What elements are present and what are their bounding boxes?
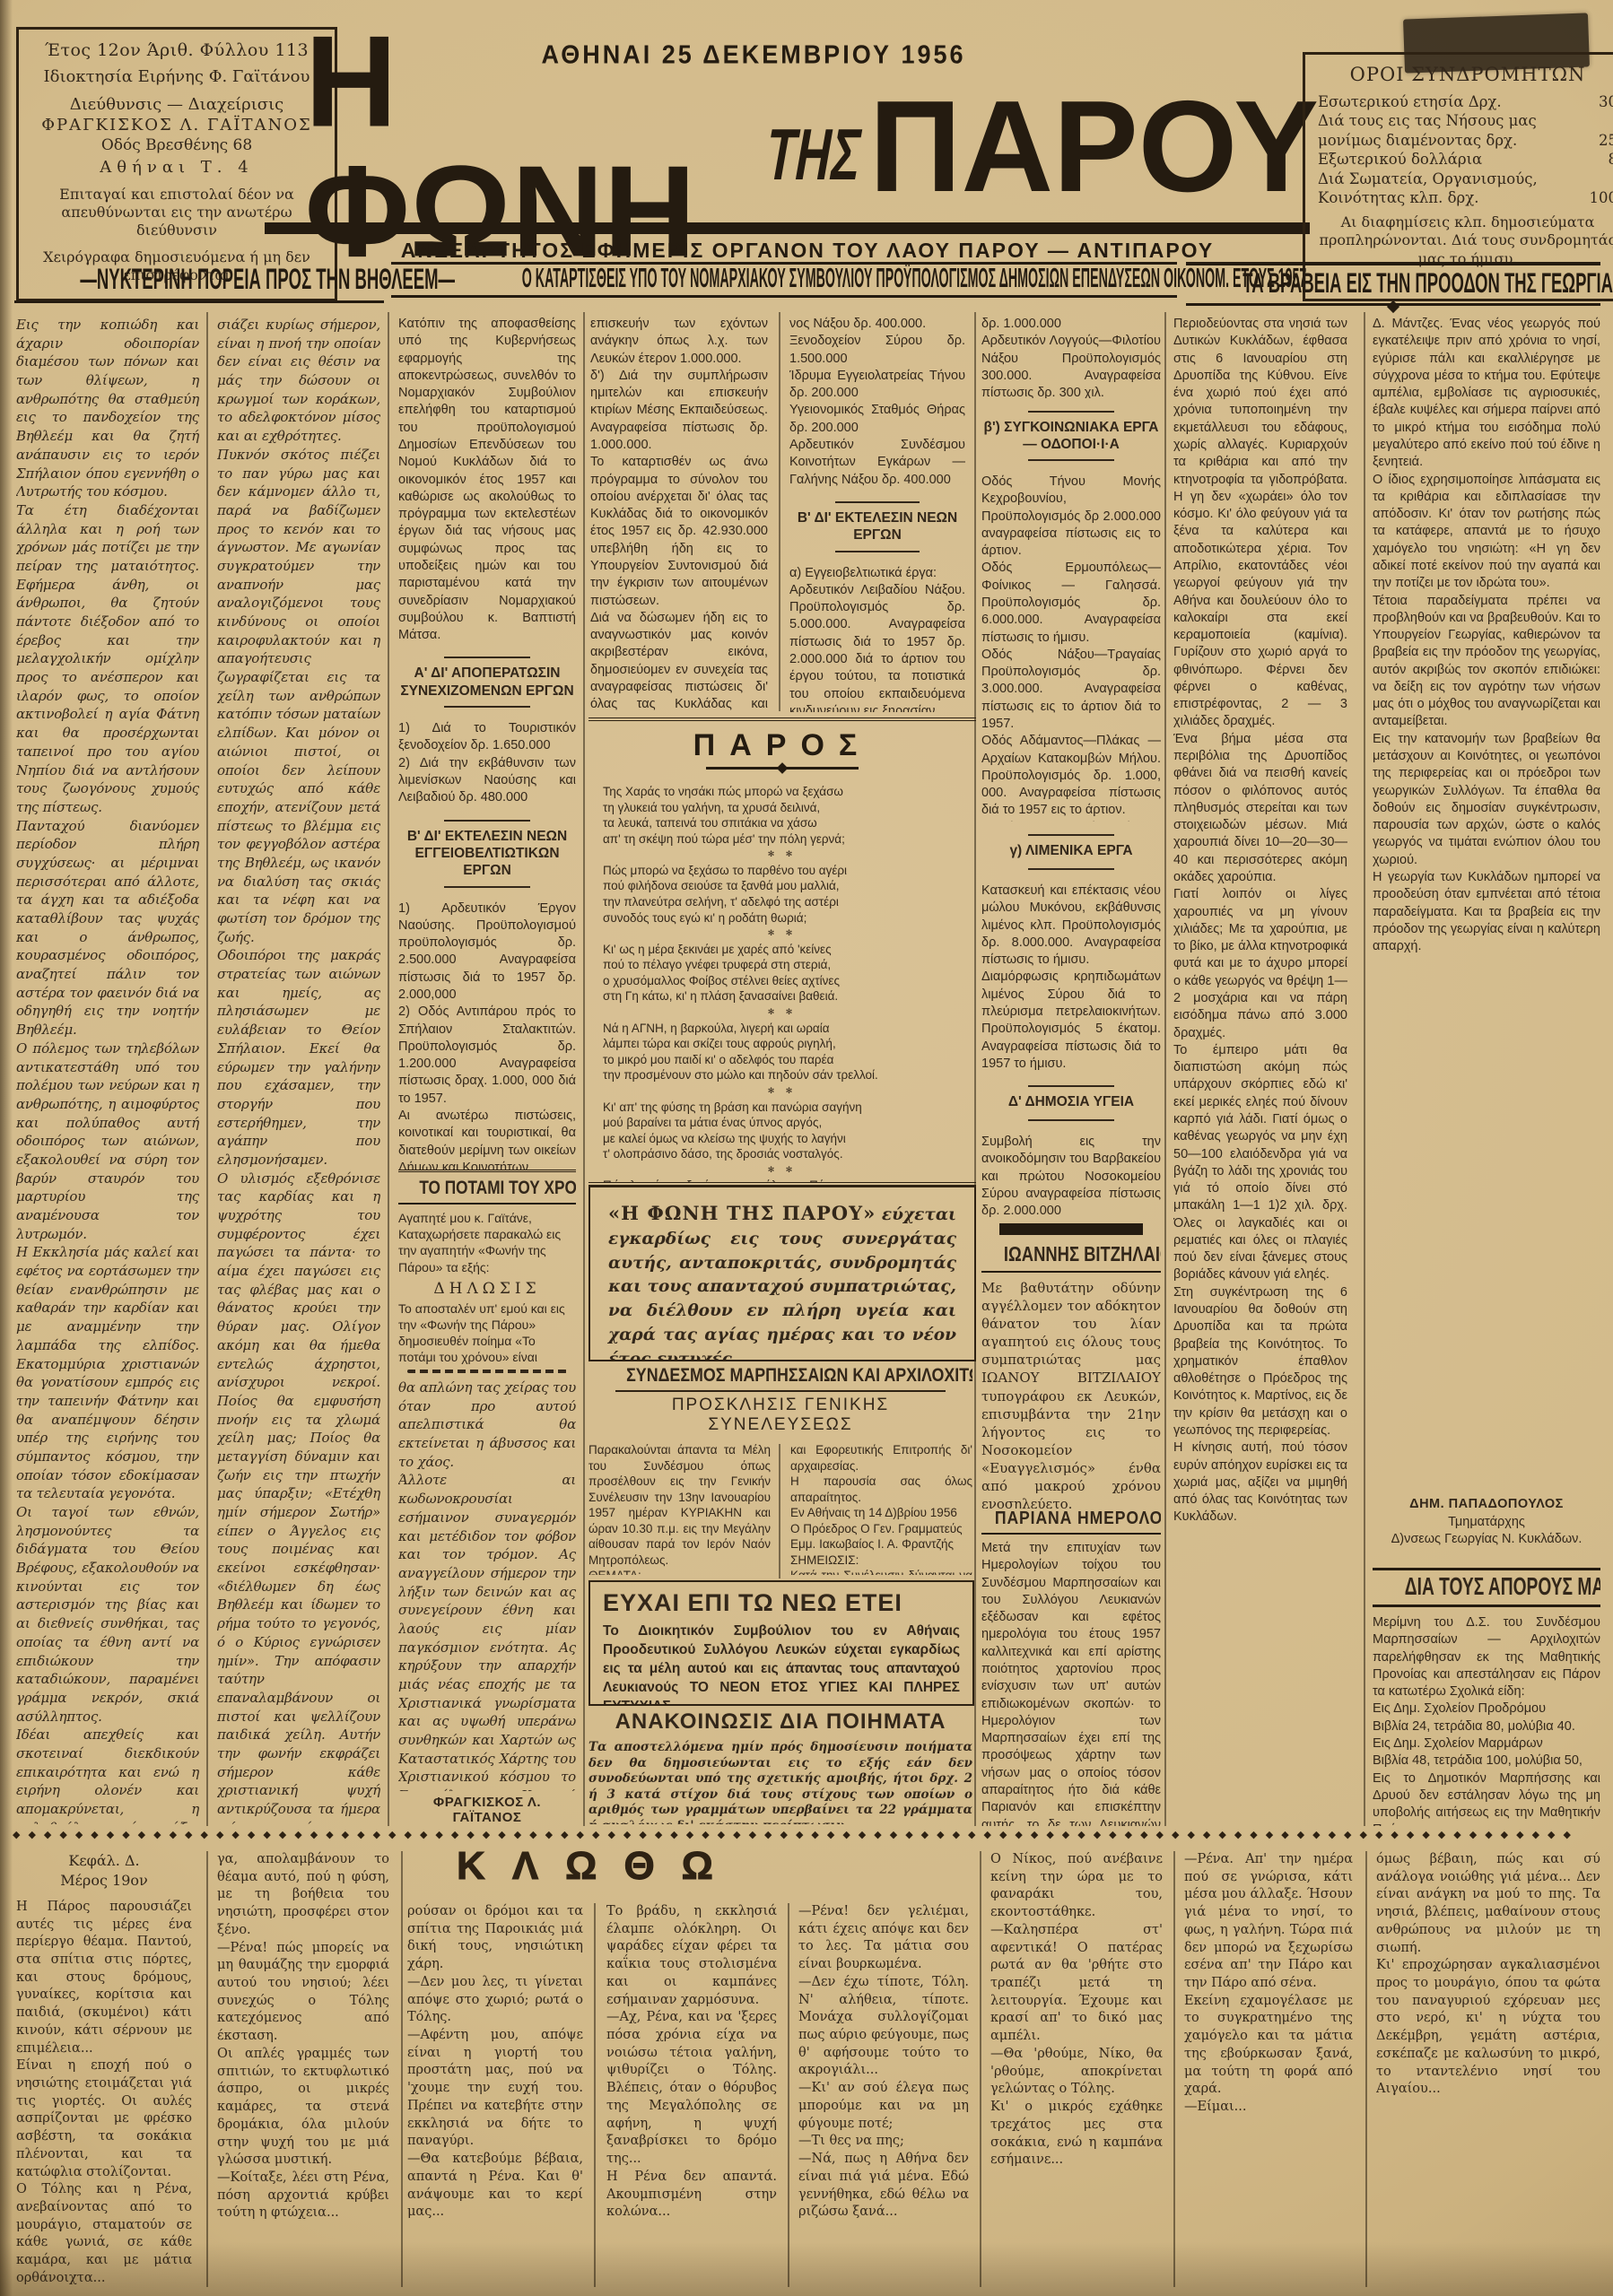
obituary-text: Με βαθυτάτην οδύνην αγγέλλομεν τον αδόκη… (981, 1279, 1161, 1509)
calendars-title-text: ΠΑΡΙΑΝΑ ΗΜΕΡΟΛΟΓΙΑ (995, 1509, 1161, 1529)
column-rule (594, 1903, 596, 2287)
address-city: Αθήναι Τ. 4 (26, 158, 327, 177)
invitation-right-col: και Εφορευτικής Επιτροπής δι' αρχαιρεσία… (790, 1442, 972, 1575)
serial-col7: —Ρένα. Απ' την ημέρα πού σε γνώρισα, κάτ… (1184, 1851, 1353, 2287)
subscription-label: Διά Σωματεία, Οργανισμούς, Κοινότητας κλ… (1318, 170, 1542, 208)
season-wishes-box: «Η ΦΩΝΗ ΤΗΣ ΠΑΡΟΥ» εύχεται εγκαρδίως εις… (589, 1186, 976, 1361)
column-rule (388, 312, 389, 1826)
obituary: ΙΩΑΝΝΗΣ ΒΙΤΖΗΛΑΙΟΣ Με βαθυτάτην οδύνην α… (981, 1220, 1161, 1509)
poor-students-title: ΔΙΑ ΤΟΥΣ ΑΠΟΡΟΥΣ ΜΑΘΗΤΑΣ (1373, 1568, 1600, 1607)
subscription-title: ΟΡΟΙ ΣΥΝΔΡΟΜΗΤΩΝ (1318, 64, 1613, 85)
column-rule (206, 312, 208, 1826)
column-rule (401, 1851, 403, 2287)
association-title-text: ΣΥΝΔΕΣΜΟΣ ΜΑΡΠΗΣΣΑΙΩΝ ΚΑΙ ΑΡΧΙΛΟΧΙΤΩΝ ΠΑ… (626, 1365, 972, 1387)
association-invitation: ΣΥΝΔΕΣΜΟΣ ΜΑΡΠΗΣΣΑΙΩΝ ΚΑΙ ΑΡΧΙΛΟΧΙΤΩΝ ΠΑ… (589, 1365, 972, 1575)
headline-text: ΤΑ ΒΡΑΒΕΙΑ ΕΙΣ ΤΗΝ ΠΡΟΟΔΟΝ ΤΗΣ ΓΕΩΡΓΙΑΣ (1242, 268, 1613, 300)
column-rule (980, 1851, 981, 2287)
serial-chapter: Κεφάλ. Δ. (16, 1851, 192, 1871)
mourning-bar (999, 1223, 1143, 1235)
new-year-wishes-box: ΕΥΧΑΙ ΕΠΙ ΤΩ ΝΕΩ ΕΤΕΙ Το Διοικητικόν Συμ… (589, 1580, 974, 1706)
column-rule (1364, 312, 1365, 1826)
serial-col8: όμως βέβαιη, πώς και σύ ανάλογα νοιώθης … (1376, 1851, 1600, 2287)
budget-roads-title: β') ΣΥΓΚΟΙΝΩΝΙΑΚΑ ΕΡΓΑ — ΟΔΟΠΟΙ·Ι·Α (981, 411, 1161, 461)
budget-col5: νος Νάξου δρ. 400.000. Ξενοδοχείον Σύρου… (789, 316, 965, 712)
poems-announcement: ΑΝΑΚΟΙΝΩΣΙΣ ΔΙΑ ΠΟΙΗΜΑΤΑ Τα αποστελλόμεν… (589, 1709, 972, 1824)
title-underline-bar (265, 222, 1310, 234)
article-bethlehem-col2: σιάζει κυρίως σήμερον, είναι η πνοή την … (217, 316, 380, 1824)
diamond-divider (13, 1830, 1602, 1840)
subscription-label: Εσωτερικού ετησία Δρχ. (1318, 92, 1502, 111)
budget-col6-top: δρ. 1.000.000 Αρδευτικόν Λογγούς—Φιλοτίο… (981, 316, 1161, 398)
column-3: Κατόπιν της αποφασθείσης υπό της Κυβερνή… (398, 316, 576, 1826)
association-title: ΣΥΝΔΕΣΜΟΣ ΜΑΡΠΗΣΣΑΙΩΝ ΚΑΙ ΑΡΧΙΛΟΧΙΤΩΝ ΠΑ… (589, 1365, 972, 1387)
new-year-title: ΕΥΧΑΙ ΕΠΙ ΤΩ ΝΕΩ ΕΤΕΙ (603, 1589, 960, 1617)
poem-stanza: Πώς μπορώ να ξεχάσω το παρθένο του αγέρι… (603, 849, 962, 926)
poem-stanza: Της Χαράς το νησάκι πώς μπορώ να ξεχάσω … (603, 784, 962, 847)
budget-health-title: Δ' ΔΗΜΟΣΙΑ ΥΓΕΙΑ (981, 1085, 1161, 1121)
director-name: ΦΡΑΓΚΙΣΚΟΣ Λ. ΓΑΪΤΑΝΟΣ (26, 116, 327, 135)
column-6: δρ. 1.000.000 Αρδευτικόν Λογγούς—Φιλοτίο… (981, 316, 1161, 1826)
budget-col5-items: νος Νάξου δρ. 400.000. Ξενοδοχείον Σύρου… (789, 316, 965, 489)
agriculture-signature: ΔΗΜ. ΠΑΠΑΔΟΠΟΥΛΟΣ Τμηματάρχης Δ)νσεως Γε… (1373, 1496, 1600, 1568)
serial-col5: —Ρένα! δεν γελιέμαι, κάτι έχεις απόψε κα… (798, 1903, 969, 2287)
declaration-text: Το αποσταλέν υπ' εμού και εις την «Φωνήν… (398, 1300, 576, 1364)
signature-department: Δ)νσεως Γεωργίας Ν. Κυκλάδων. (1373, 1531, 1600, 1549)
budget-col3: Κατόπιν της αποφασθείσης υπό της Κυβερνή… (398, 316, 576, 1170)
budget-section-a-title: Α' ΔΙ' ΑΠΟΠΕΡΑΤΩΣΙΝ ΣΥΝΕΧΙΖΟΜΕΝΩΝ ΕΡΓΩΝ (398, 657, 576, 708)
column-rule (583, 312, 585, 1826)
agriculture-col8: Δ. Μάντζες. Ένας νέος γεωργός πού εγκατέ… (1373, 316, 1600, 1496)
article-bethlehem-col3-tail: θα απλώνη τας χείρας του όταν προ αυτού … (398, 1378, 576, 1791)
newspaper-title: Η ΦΩΝΗ ΤΗΣ ΠΑΡΟΥ (305, 75, 1319, 219)
budget-col5-title: Β' ΔΙ' ΕΚΤΕΛΕΣΙΝ ΝΕΩΝ ΕΡΓΩΝ (789, 501, 965, 552)
calendars-text: Μετά την επιτυχίαν των Ημερολογίων τοίχο… (981, 1540, 1161, 1826)
budget-intro: Κατόπιν της αποφασθείσης υπό της Κυβερνή… (398, 316, 576, 644)
subscription-value: 8 (1609, 150, 1613, 169)
potami-title: ΤΟ ΠΟΤΑΜΙ ΤΟΥ ΧΡΟΝΟΥ (398, 1178, 576, 1205)
subscription-row: Διά Σωματεία, Οργανισμούς, Κοινότητας κλ… (1318, 170, 1613, 208)
poor-students-text: Μερίμνη του Δ.Σ. του Συνδέσμου Μαρπησσαί… (1373, 1614, 1600, 1826)
serial-col2: γα, απολαμβάνουν το θέαμα αυτό, πού η φύ… (217, 1851, 389, 2287)
subscription-value: 100 (1590, 188, 1613, 207)
serial-col6: Ο Νίκος, πού ανέβαινε κείνη την ώρα με τ… (990, 1851, 1163, 2287)
article-bethlehem-signature: ΦΡΑΓΚΙΣΚΟΣ Λ. ΓΑΪΤΑΝΟΣ (398, 1795, 576, 1825)
budget-col4-text: επισκευήν των εχόντων ανάγκην όπως λ.χ. … (590, 316, 768, 712)
subscription-row: Εξωτερικού δολλάρια8 (1318, 150, 1613, 169)
title-part-2: ΤΗΣ (760, 119, 867, 192)
serial-col3: ρούσαν οι δρόμοι και τα σπίτια της Παροι… (407, 1903, 583, 2287)
newspaper-subtitle: ΑΝΕΞΑΡΤΗΤΟΣ ΕΦΗΜΕΡΙΣ ΟΡΓΑΝΟΝ ΤΟΥ ΛΑΟΥ ΠΑ… (323, 239, 1292, 263)
column-8: Δ. Μάντζες. Ένας νέος γεωργός πού εγκατέ… (1373, 316, 1600, 1826)
serial-part: Μέρος 19ον (16, 1871, 192, 1891)
column-rule (206, 1851, 208, 2287)
wishes-text: εύχεται εγκαρδίως εις τους συνεργάτας αυ… (608, 1205, 956, 1361)
poem-ornament (706, 767, 859, 775)
poems-announcement-text: Τα αποστελλόμενα ημίν πρός δημοσίευσιν π… (589, 1740, 972, 1824)
title-part-3: ΠΑΡΟΥ (869, 83, 1319, 213)
calendars-note: ΠΑΡΙΑΝΑ ΗΜΕΡΟΛΟΓΙΑ Μετά την επιτυχίαν τω… (981, 1509, 1161, 1826)
obituary-title: ΙΩΑΝΝΗΣ ΒΙΤΖΗΛΑΙΟΣ (981, 1242, 1161, 1273)
signature-role: Τμηματάρχης (1373, 1514, 1600, 1532)
potami-title-text: ΤΟ ΠΟΤΑΜΙ ΤΟΥ ΧΡΟΝΟΥ (419, 1178, 576, 1199)
newspaper-page: Έτος 12ον Άριθ. Φύλλου 113 Ιδιοκτησία Ει… (0, 0, 1613, 2296)
subscription-value: 25 (1599, 131, 1613, 150)
agriculture-col7: Περιοδεύοντας στα νησιά των Δυτικών Κυκλ… (1173, 316, 1347, 1826)
poem-stanza: Νά η ΑΓΝΗ, η βαρκούλα, λιγερή και ωραία … (603, 1007, 962, 1083)
potami-intro: Καταχωρήσετε παρακαλώ εις την αγαπητήν «… (398, 1226, 576, 1275)
poem-stanza: Πώς λοιπόν να ξεχάσω την ανάλαφρη Πάρο, … (603, 1165, 962, 1186)
headline-bethlehem: —ΝΥΚΤΕΡΙΝΗ ΠΟΡΕΙΑ ΠΡΟΣ ΤΗΝ ΒΗΘΛΕΕΜ— (14, 267, 384, 303)
budget-section-b-title: Β' ΔΙ' ΕΚΤΕΛΕΣΙΝ ΝΕΩΝ ΕΓΓΕΙΟΒΕΛΤΙΩΤΙΚΩΝ … (398, 820, 576, 888)
address-street: Οδός Βρεσθένης 68 (26, 136, 327, 154)
poor-students-note: ΔΙΑ ΤΟΥΣ ΑΠΟΡΟΥΣ ΜΑΘΗΤΑΣ Μερίμνη του Δ.Σ… (1373, 1568, 1600, 1826)
budget-section-a-items: 1) Διά το Τουριστικόν ξενοδοχείον δρ. 1.… (398, 720, 576, 806)
budget-ports: Κατασκευή και επέκτασις νέου μώλου Μυκόν… (981, 883, 1161, 1073)
publication-info-box: Έτος 12ον Άριθ. Φύλλου 113 Ιδιοκτησία Ει… (16, 27, 337, 301)
obituary-title-text: ΙΩΑΝΝΗΣ ΒΙΤΖΗΛΑΙΟΣ (1004, 1242, 1161, 1266)
poem-title: ΠΑΡΟΣ (603, 728, 962, 763)
wishes-lead: «Η ΦΩΝΗ ΤΗΣ ΠΑΡΟΥ» (608, 1202, 876, 1224)
budget-col5-text: α) Εγγειοβελτιωτικά έργα: Αρδευτικόν Λει… (789, 565, 965, 712)
column-rule (1164, 312, 1166, 1826)
budget-roads: Οδός Τήνου Μονής Κεχροβουνίου, Προϋπολογ… (981, 474, 1161, 822)
headline-agriculture-prizes: ΤΑ ΒΡΑΒΕΙΑ ΕΙΣ ΤΗΝ ΠΡΟΟΔΟΝ ΤΗΣ ΓΕΩΡΓΙΑΣ (1186, 262, 1600, 306)
signature-name: ΔΗΜ. ΠΑΠΑΔΟΠΟΥΛΟΣ (1373, 1496, 1600, 1514)
diamond-ornament (1387, 300, 1399, 313)
poem-paros: ΠΑΡΟΣ Της Χαράς το νησάκι πώς μπορώ να ξ… (589, 717, 976, 1186)
subscription-row: Διά τους εις τας Νήσους μας μονίμως διαμ… (1318, 111, 1613, 150)
direction-line: Διεύθυνσις — Διαχείρισις (26, 95, 327, 114)
column-rule (788, 1903, 789, 2287)
budget-col4: επισκευήν των εχόντων ανάγκην όπως λ.χ. … (590, 316, 768, 712)
poem-stanza: Κι' απ' της φύσης τη βράση και πανώρια σ… (603, 1086, 962, 1162)
ownership-line: Ιδιοκτησία Ειρήνης Φ. Γαϊτάνου (26, 67, 327, 86)
invitation-left-col: Παρακαλούνται άπαντα τα Μέλη του Συνδέσμ… (589, 1442, 771, 1575)
poems-announcement-title: ΑΝΑΚΟΙΝΩΣΙΣ ΔΙΑ ΠΟΙΗΜΑΤΑ (589, 1709, 972, 1735)
invitation-title: ΠΡΟΣΚΛΗΣΙΣ ΓΕΝΙΚΗΣ ΣΥΝΕΛΕΥΣΕΩΣ (615, 1390, 946, 1435)
poor-students-title-text: ΔΙΑ ΤΟΥΣ ΑΠΟΡΟΥΣ ΜΑΘΗΤΑΣ (1405, 1573, 1600, 1602)
subscription-row: Εσωτερικού ετησία Δρχ.30 (1318, 92, 1613, 111)
subscription-value: 30 (1599, 92, 1613, 111)
serial-col4: Το βράδυ, η εκκλησιά έλαμπε ολόκληρη. Οι… (606, 1903, 777, 2287)
squiggle-divider (407, 1370, 567, 1373)
potami-salutation: Αγαπητέ μου κ. Γαϊτάνε, (398, 1210, 576, 1226)
serial-title: ΚΛΩΘΩ (405, 1844, 791, 1889)
potami-letter: ΤΟ ΠΟΤΑΜΙ ΤΟΥ ΧΡΟΝΟΥ Αγαπητέ μου κ. Γαϊτ… (398, 1170, 576, 1364)
issue-number: Έτος 12ον Άριθ. Φύλλου 113 (26, 40, 327, 60)
declaration-title: ΔΗΛΩΣΙΣ (398, 1280, 576, 1298)
budget-section-b-items: 1) Αρδευτικόν Έργον Ναούσης. Προϋπολογισ… (398, 900, 576, 1170)
subscription-footer: Αι διαφημίσεις κλπ. δημοσιεύματα προπληρ… (1318, 213, 1613, 269)
column-rule (779, 312, 780, 711)
budget-health: Συμβολή εις την ανοικοδόμησιν του Βαρβακ… (981, 1134, 1161, 1220)
subscription-label: Εξωτερικού δολλάρια (1318, 150, 1482, 169)
calendars-title: ΠΑΡΙΑΝΑ ΗΜΕΡΟΛΟΓΙΑ (981, 1509, 1161, 1535)
poem-stanza: Κι' ως η μέρα ξεκινάει με χαρές από 'κεί… (603, 928, 962, 1004)
column-rule (1365, 1851, 1367, 2287)
serial-col1: Κεφάλ. Δ. Μέρος 19ον Η Πάρος παρουσιάζει… (16, 1851, 192, 2287)
new-year-text: Το Διοικητικόν Συμβούλιον του εν Αθήναις… (603, 1622, 960, 1706)
column-rule (1173, 1851, 1175, 2287)
subscription-label: Διά τους εις τας Νήσους μας μονίμως διαμ… (1318, 111, 1542, 150)
budget-ports-title: γ) ΛΙΜΕΝΙΚΑ ΕΡΓΑ (981, 834, 1161, 870)
article-bethlehem-col1: Εις την κοπιώδη και άχαριν οδοιπορίαν δι… (16, 316, 199, 1824)
serial-text: Η Πάρος παρουσιάζει αυτές τις μέρες ένα … (16, 1899, 192, 2287)
headline-budget: Ο ΚΑΤΑΡΤΙΣΘΕΙΣ ΥΠΟ ΤΟΥ ΝΟΜΑΡΧΙΑΚΟΥ ΣΥΜΒΟ… (391, 262, 1177, 298)
